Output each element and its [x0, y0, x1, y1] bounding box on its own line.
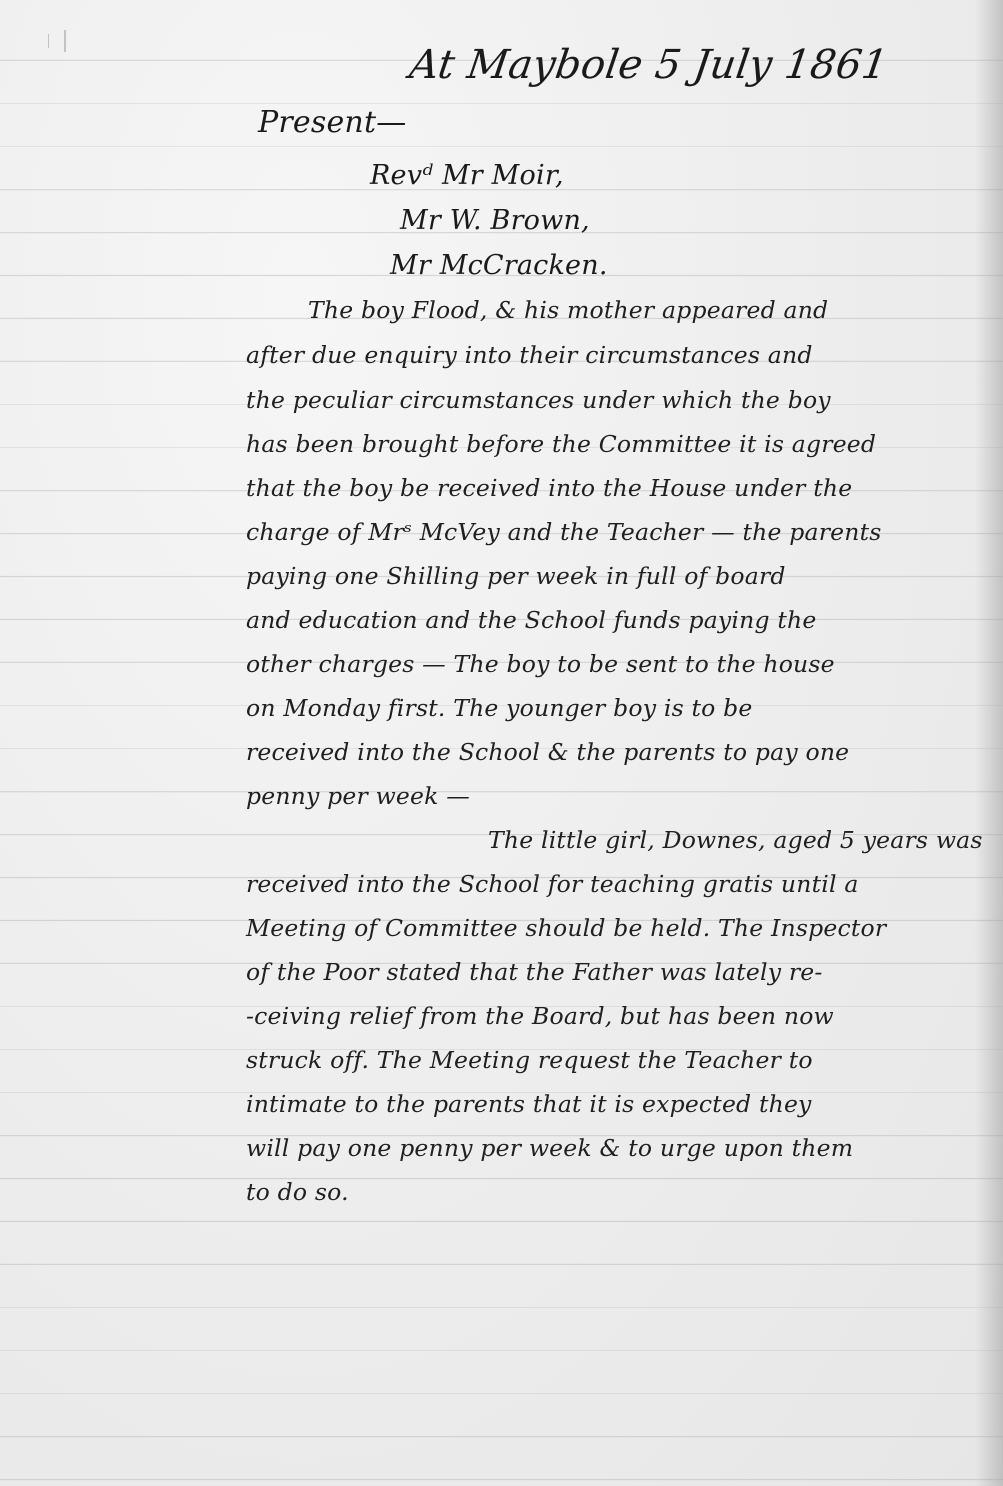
minutes-line: penny per week —	[246, 782, 470, 810]
minutes-line: other charges — The boy to be sent to th…	[246, 650, 835, 678]
member-name: Mr McCracken.	[390, 250, 608, 281]
minutes-line: charge of Mrˢ McVey and the Teacher — th…	[246, 518, 882, 546]
minutes-line: The little girl, Downes, aged 5 years wa…	[488, 826, 983, 854]
minutes-line: the peculiar circumstances under which t…	[246, 386, 831, 414]
member-name: Revᵈ Mr Moir,	[370, 160, 564, 191]
minutes-line: will pay one penny per week & to urge up…	[246, 1134, 853, 1162]
minutes-line: intimate to the parents that it is expec…	[246, 1090, 812, 1118]
margin-mark	[64, 30, 66, 52]
minutes-heading: At Maybole 5 July 1861	[407, 42, 891, 88]
minutes-line: -ceiving relief from the Board, but has …	[246, 1002, 834, 1030]
minutes-line: received into the School for teaching gr…	[246, 870, 859, 898]
minutes-line: received into the School & the parents t…	[246, 738, 849, 766]
minutes-line: to do so.	[246, 1178, 349, 1206]
minutes-line: that the boy be received into the House …	[246, 474, 852, 502]
manuscript-page: At Maybole 5 July 1861 Present— Revᵈ Mr …	[0, 0, 1003, 1486]
minutes-line: Meeting of Committee should be held. The…	[246, 914, 886, 942]
member-name: Mr W. Brown,	[400, 205, 590, 236]
minutes-line: of the Poor stated that the Father was l…	[246, 958, 823, 986]
margin-mark	[48, 34, 49, 48]
minutes-line: The boy Flood, & his mother appeared and	[308, 296, 828, 324]
minutes-line: after due enquiry into their circumstanc…	[246, 341, 813, 369]
minutes-line: paying one Shilling per week in full of …	[246, 562, 786, 590]
minutes-line: and education and the School funds payin…	[246, 606, 816, 634]
minutes-line: struck off. The Meeting request the Teac…	[246, 1046, 813, 1074]
minutes-line: has been brought before the Committee it…	[246, 430, 876, 458]
present-label: Present—	[258, 105, 406, 140]
minutes-line: on Monday first. The younger boy is to b…	[246, 694, 753, 722]
